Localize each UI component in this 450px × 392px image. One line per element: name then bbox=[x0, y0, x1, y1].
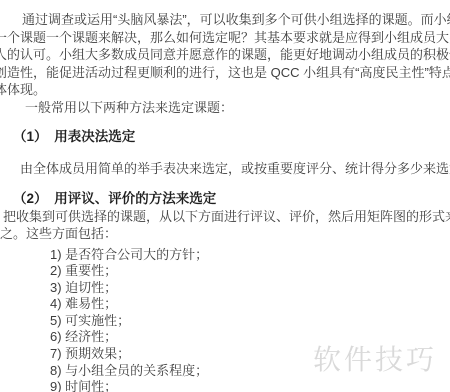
criteria-list-item: 3) 迫切性； bbox=[0, 280, 450, 297]
intro-paragraph-line: 体体现。 bbox=[0, 81, 450, 99]
document-page: 通过调查或运用“头脑风暴法”，可以收集到多个可供小组选择的课题。而小组只 一个课… bbox=[0, 0, 450, 392]
vote-method-paragraph-line: 由全体成员用简单的举手表决来选定，或按重要度评分、统计得分多少来选定 bbox=[0, 160, 450, 178]
criteria-list-item: 1) 是否符合公司大的方针； bbox=[0, 247, 450, 264]
criteria-list-item: 9) 时间性； bbox=[0, 379, 450, 392]
intro-paragraph-line: 创造性，能促进活动过程更顺利的进行，这也是 QCC 小组具有“高度民主性”特点的 bbox=[0, 64, 450, 82]
evaluate-method-paragraph-line: 把收集到可供选择的课题，从以下方面进行评议、评价，然后用矩阵图的形式来 bbox=[0, 208, 450, 226]
intro-paragraph-line: 一个课题一个课题来解决，那么如何选定呢？其基本要求就是应得到小组成员大多 bbox=[0, 29, 450, 47]
section-heading-evaluate-method: （2） 用评议、评价的方法来选定 bbox=[0, 190, 450, 208]
evaluate-method-paragraph-line: 之。这些方面包括： bbox=[0, 225, 450, 243]
criteria-list-item: 4) 难易性； bbox=[0, 296, 450, 313]
criteria-list-item: 5) 可实施性； bbox=[0, 313, 450, 330]
intro-paragraph-line: 一般常用以下两种方法来选定课题： bbox=[0, 99, 450, 117]
section-heading-vote-method: （1） 用表决法选定 bbox=[0, 128, 450, 146]
intro-paragraph-line: 通过调查或运用“头脑风暴法”，可以收集到多个可供小组选择的课题。而小组只 bbox=[0, 11, 450, 29]
criteria-list-item: 2) 重要性； bbox=[0, 263, 450, 280]
intro-paragraph-line: 人的认可。小组大多数成员同意并愿意作的课题，能更好地调动小组成员的积极性 bbox=[0, 46, 450, 64]
watermark: 软件技巧 bbox=[313, 338, 437, 378]
